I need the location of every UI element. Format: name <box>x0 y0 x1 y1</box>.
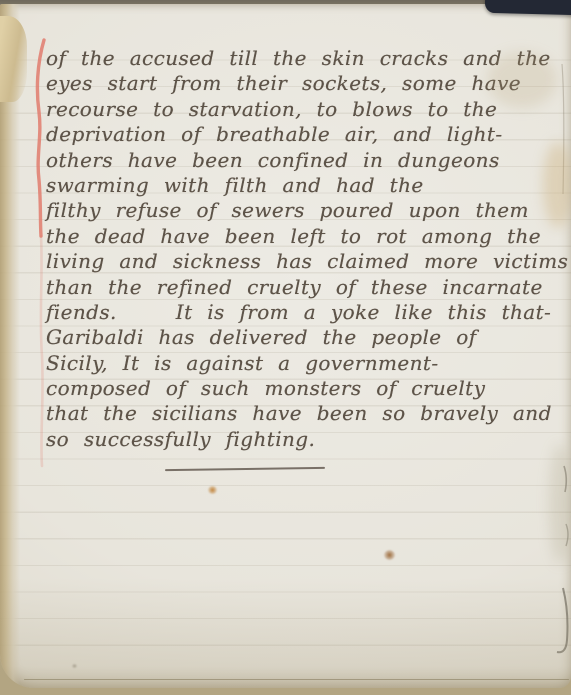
edge-stain <box>549 444 571 564</box>
page-bottom-shading <box>0 578 571 688</box>
manuscript-line: than the refined cruelty of these incarn… <box>46 275 545 300</box>
manuscript-line: filthy refuse of sewers poured upon them <box>46 198 545 223</box>
manuscript-line: swarming with filth and had the <box>46 173 545 198</box>
manuscript-line: living and sickness has claimed more vic… <box>46 249 545 274</box>
edge-stain <box>487 52 557 108</box>
notebook-page: of the accused till the skin cracks and … <box>0 4 571 688</box>
foxing-spot <box>208 486 217 494</box>
foxing-spot <box>384 550 395 560</box>
page-corner-fold <box>0 16 27 102</box>
manuscript-line: recourse to starvation, to blows to the <box>46 97 545 122</box>
book-cover-corner <box>485 0 571 15</box>
manuscript-text: of the accused till the skin cracks and … <box>46 46 545 452</box>
manuscript-line: that the sicilians have been so bravely … <box>46 401 545 426</box>
manuscript-line: Sicily, It is against a government- <box>46 351 545 376</box>
manuscript-line: eyes start from their sockets, some have <box>46 71 545 96</box>
manuscript-line: of the accused till the skin cracks and … <box>46 46 545 71</box>
manuscript-line: so successfully fighting. <box>46 427 545 452</box>
edge-stain <box>543 142 571 228</box>
manuscript-line: the dead have been left to rot among the <box>46 224 545 249</box>
binding-edge <box>0 4 20 688</box>
manuscript-line: fiends. It is from a yoke like this that… <box>46 300 545 325</box>
foxing-spot <box>72 664 77 668</box>
end-rule <box>165 467 325 471</box>
manuscript-line: Garibaldi has delivered the people of <box>46 325 545 350</box>
page-bottom-edge <box>24 679 569 681</box>
manuscript-line: others have been confined in dungeons <box>46 148 545 173</box>
scanned-notebook-photo: of the accused till the skin cracks and … <box>0 0 571 695</box>
manuscript-line: composed of such monsters of cruelty <box>46 376 545 401</box>
manuscript-line: deprivation of breathable air, and light… <box>46 122 545 147</box>
